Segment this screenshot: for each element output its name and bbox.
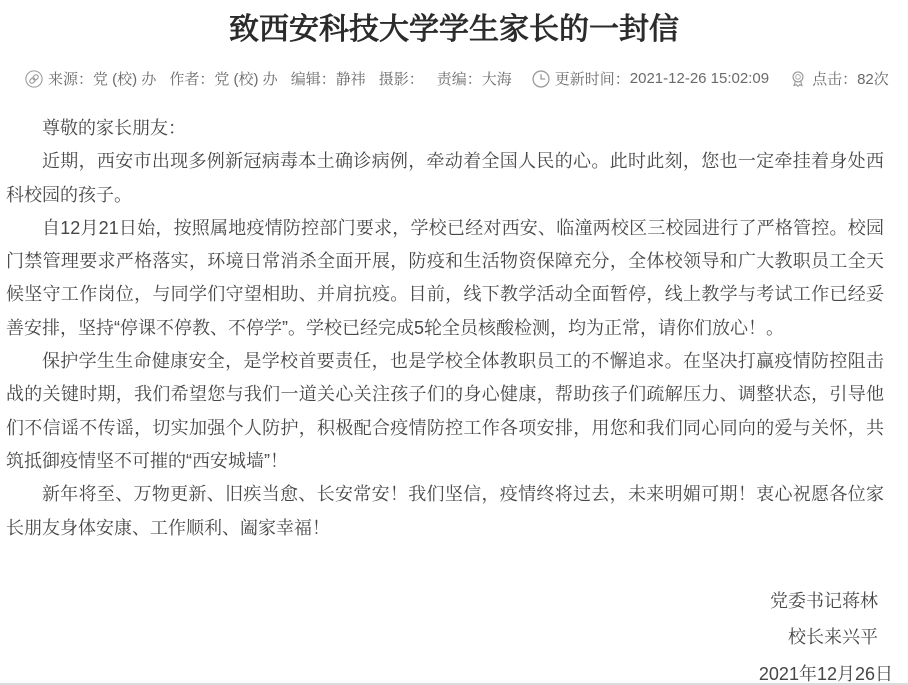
link-icon <box>25 70 43 88</box>
paragraph-appeal: 保护学生生命健康安全，是学校首要责任，也是学校全体教职员工的不懈追求。在坚决打赢… <box>6 345 884 478</box>
meta-editor: 编辑： 静祎 <box>291 68 366 89</box>
meta-source-value: 党 (校) 办 <box>93 68 156 89</box>
meta-author-value: 党 (校) 办 <box>214 68 277 89</box>
meta-clicks-value: 82次 <box>857 68 889 89</box>
meta-photographer-label: 摄影： <box>379 68 424 89</box>
signature-date: 2021年12月26日 <box>0 656 908 685</box>
meta-author-label: 作者： <box>169 68 214 89</box>
page-title: 致西安科技大学学生家长的一封信 <box>0 0 908 49</box>
meta-bar: 来源： 党 (校) 办 作者： 党 (校) 办 编辑： 静祎 摄影： 责编： 大… <box>0 68 908 89</box>
signature-president: 校长来兴平 <box>0 619 908 656</box>
paragraph-salutation: 尊敬的家长朋友： <box>6 112 884 145</box>
meta-update-time-label: 更新时间： <box>555 68 630 89</box>
clock-icon <box>532 70 550 88</box>
meta-update-time: 更新时间： 2021-12-26 15:02:09 <box>532 68 769 89</box>
signature-secretary: 党委书记蒋林 <box>0 583 908 620</box>
paragraph-wishes: 新年将至、万物更新、旧疾当愈、长安常安！我们坚信，疫情终将过去，未来明媚可期！衷… <box>6 478 884 545</box>
meta-update-time-value: 2021-12-26 15:02:09 <box>630 70 769 87</box>
article-body: 尊敬的家长朋友： 近期，西安市出现多例新冠病毒本土确诊病例，牵动着全国人民的心。… <box>0 112 908 545</box>
meta-duty-editor-label: 责编： <box>437 68 482 89</box>
meta-clicks: 点击： 82次 <box>789 68 889 89</box>
meta-source-label: 来源： <box>48 68 93 89</box>
meta-editor-value: 静祎 <box>336 68 366 89</box>
meta-clicks-label: 点击： <box>812 68 857 89</box>
meta-duty-editor: 责编： 大海 <box>437 68 512 89</box>
badge-icon <box>789 70 807 88</box>
meta-editor-label: 编辑： <box>291 68 336 89</box>
meta-photographer: 摄影： <box>379 68 424 89</box>
meta-duty-editor-value: 大海 <box>482 68 512 89</box>
paragraph-measures: 自12月21日始，按照属地疫情防控部门要求，学校已经对西安、临潼两校区三校园进行… <box>6 212 884 345</box>
paragraph-intro: 近期，西安市出现多例新冠病毒本土确诊病例，牵动着全国人民的心。此时此刻，您也一定… <box>6 145 884 212</box>
signature-block: 党委书记蒋林 校长来兴平 2021年12月26日 <box>0 583 908 685</box>
meta-source: 来源： 党 (校) 办 <box>25 68 156 89</box>
article-page: 致西安科技大学学生家长的一封信 来源： 党 (校) 办 作者： 党 (校) 办 … <box>0 0 908 685</box>
meta-author: 作者： 党 (校) 办 <box>169 68 277 89</box>
